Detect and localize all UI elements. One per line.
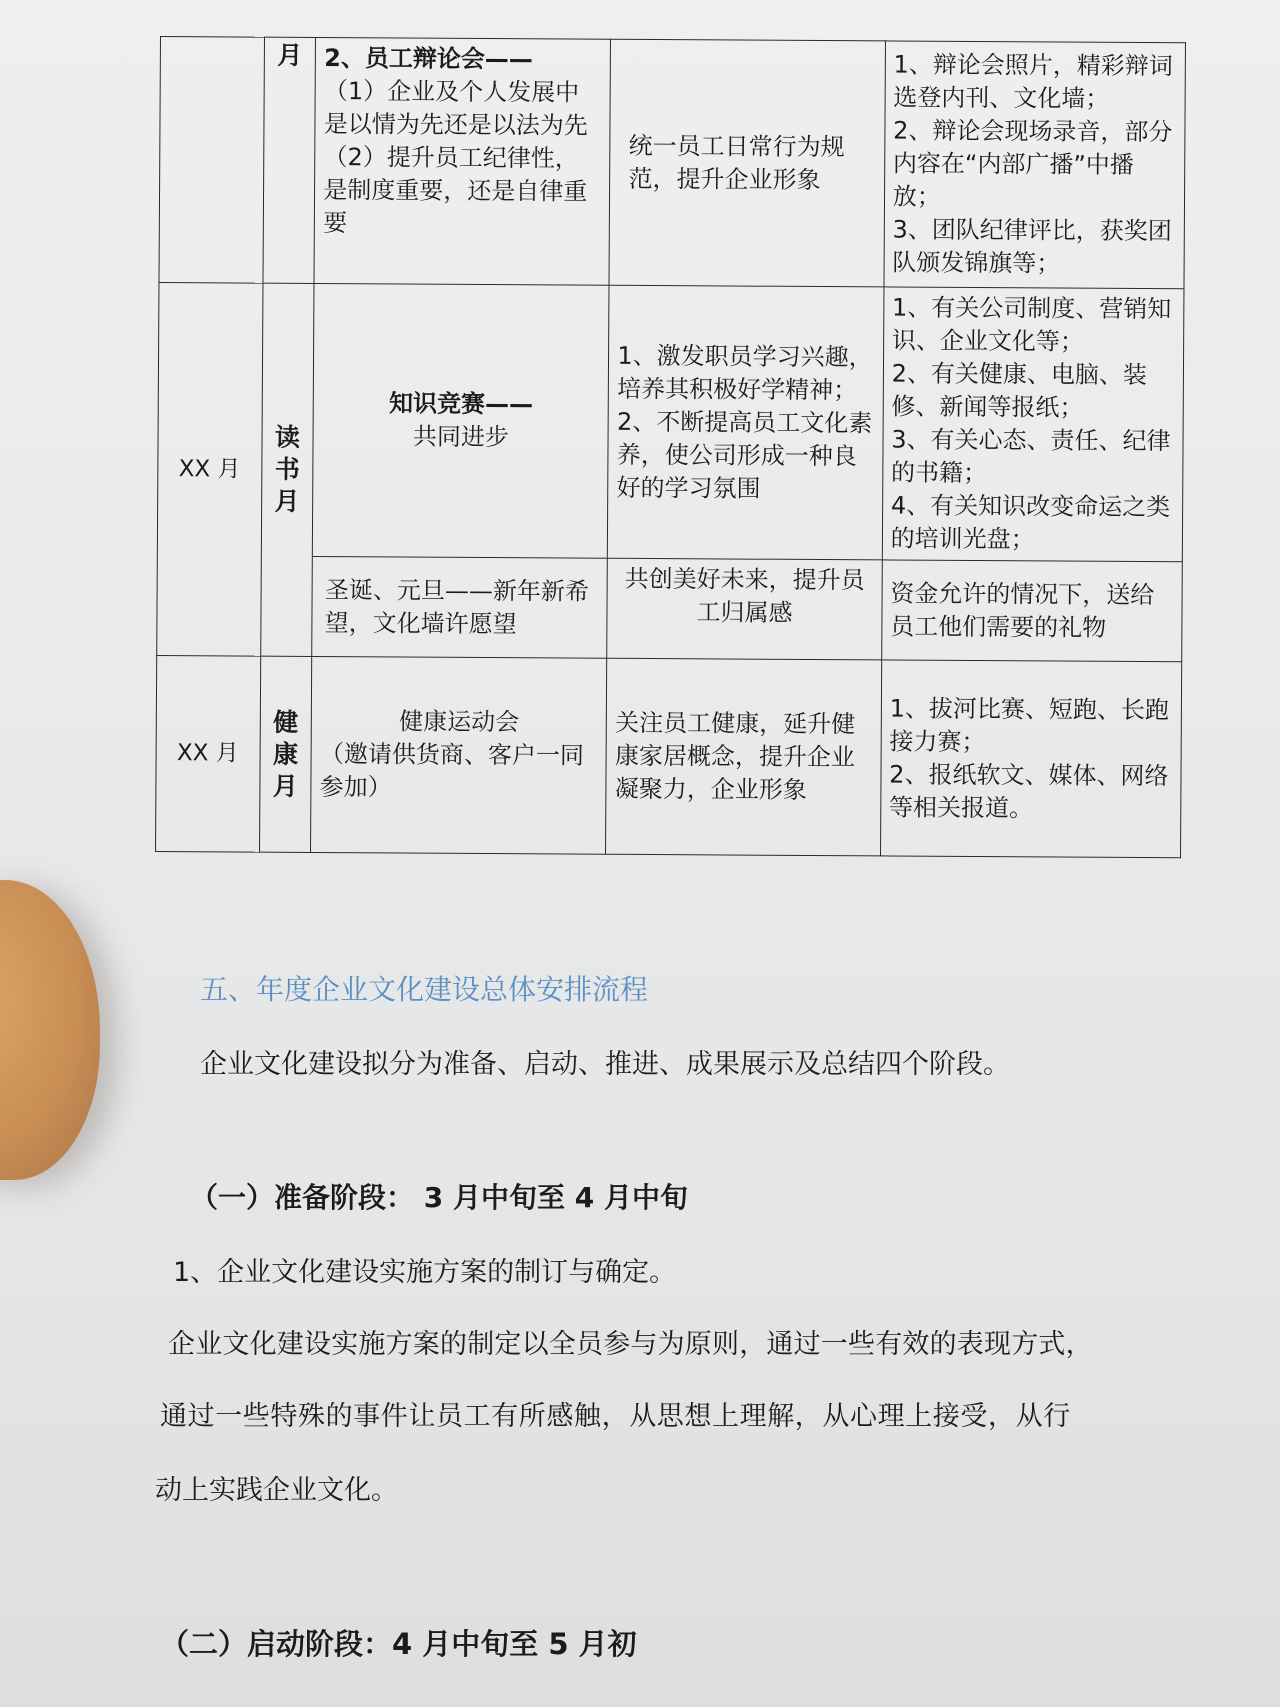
phase1-paragraph-line1: 企业文化建设实施方案的制定以全员参与为原则，通过一些有效的表现方式，	[168, 1322, 1093, 1361]
output-cell: 1、有关公司制度、营销知识、企业文化等； 2、有关健康、电脑、装修、新闻等报纸；…	[882, 287, 1184, 562]
goal-cell: 1、激发职员学习兴趣，培养其积极好学精神； 2、不断提高员工文化素养，使公司形成…	[608, 285, 884, 560]
activity-cell: 健康运动会 （邀请供货商、客户一同参加）	[311, 656, 607, 854]
thumb	[0, 880, 100, 1180]
activity-body: （邀请供货商、客户一同参加）	[320, 738, 598, 806]
phase2-heading: （二）启动阶段：4 月中旬至 5 月初	[160, 1622, 637, 1663]
phase1-paragraph-line2: 通过一些特殊的事件让员工有所感触，从思想上理解，从心理上接受，从行	[160, 1394, 1071, 1433]
table-row: XX 月 读书月 知识竞赛—— 共同进步 1、激发职员学习兴趣，培养其积极好学精…	[157, 282, 1184, 561]
activity-cell: 知识竞赛—— 共同进步	[313, 283, 610, 558]
output-cell: 1、辩论会照片，精彩辩词选登内刊、文化墙； 2、辩论会现场录音，部分内容在“内部…	[884, 41, 1186, 289]
activity-plan-table: 月 2、员工辩论会—— （1）企业及个人发展中是以情为先还是以法为先 （2）提升…	[155, 36, 1186, 858]
output-cell: 资金允许的情况下，送给员工他们需要的礼物	[881, 560, 1182, 662]
phase1-heading: （一）准备阶段： 3 月中旬至 4 月中旬	[190, 1176, 688, 1216]
activity-title: 2、员工辩论会——	[324, 42, 602, 77]
theme-cell: 健康月	[259, 656, 312, 852]
activity-body: （1）企业及个人发展中是以情为先还是以法为先 （2）提升员工纪律性，是制度重要，…	[323, 75, 602, 242]
activity-cell: 圣诞、元旦——新年新希望，文化墙许愿望	[312, 556, 608, 658]
goal-cell: 共创美好未来，提升员 工归属感	[607, 558, 882, 660]
section-intro: 企业文化建设拟分为准备、启动、推进、成果展示及总结四个阶段。	[200, 1042, 1010, 1081]
activity-cell: 2、员工辩论会—— （1）企业及个人发展中是以情为先还是以法为先 （2）提升员工…	[314, 37, 611, 285]
section-heading: 五、年度企业文化建设总体安排流程	[200, 968, 648, 1008]
goal-cell: 统一员工日常行为规范，提升企业形象	[609, 39, 885, 287]
table-row: 月 2、员工辩论会—— （1）企业及个人发展中是以情为先还是以法为先 （2）提升…	[159, 37, 1185, 289]
table-row: XX 月 健康月 健康运动会 （邀请供货商、客户一同参加） 关注员工健康，延升健…	[156, 655, 1182, 857]
activity-title: 健康运动会	[320, 705, 598, 740]
goal-cell: 关注员工健康，延升健康家居概念，提升企业凝聚力，企业形象	[606, 658, 882, 856]
month-cell: XX 月	[157, 282, 263, 656]
phase1-paragraph-line3: 动上实践企业文化。	[155, 1468, 398, 1507]
activity-body: 共同进步	[322, 420, 600, 455]
output-cell: 1、拔河比赛、短跑、长跑接力赛； 2、报纸软文、媒体、网络等相关报道。	[880, 660, 1181, 858]
month-cell	[159, 37, 264, 284]
month-cell: XX 月	[156, 655, 261, 852]
phase1-item1: 1、企业文化建设实施方案的制订与确定。	[173, 1250, 676, 1289]
activity-title: 知识竞赛——	[322, 387, 600, 422]
theme-cell: 读书月	[260, 283, 314, 656]
theme-cell: 月	[263, 37, 316, 283]
